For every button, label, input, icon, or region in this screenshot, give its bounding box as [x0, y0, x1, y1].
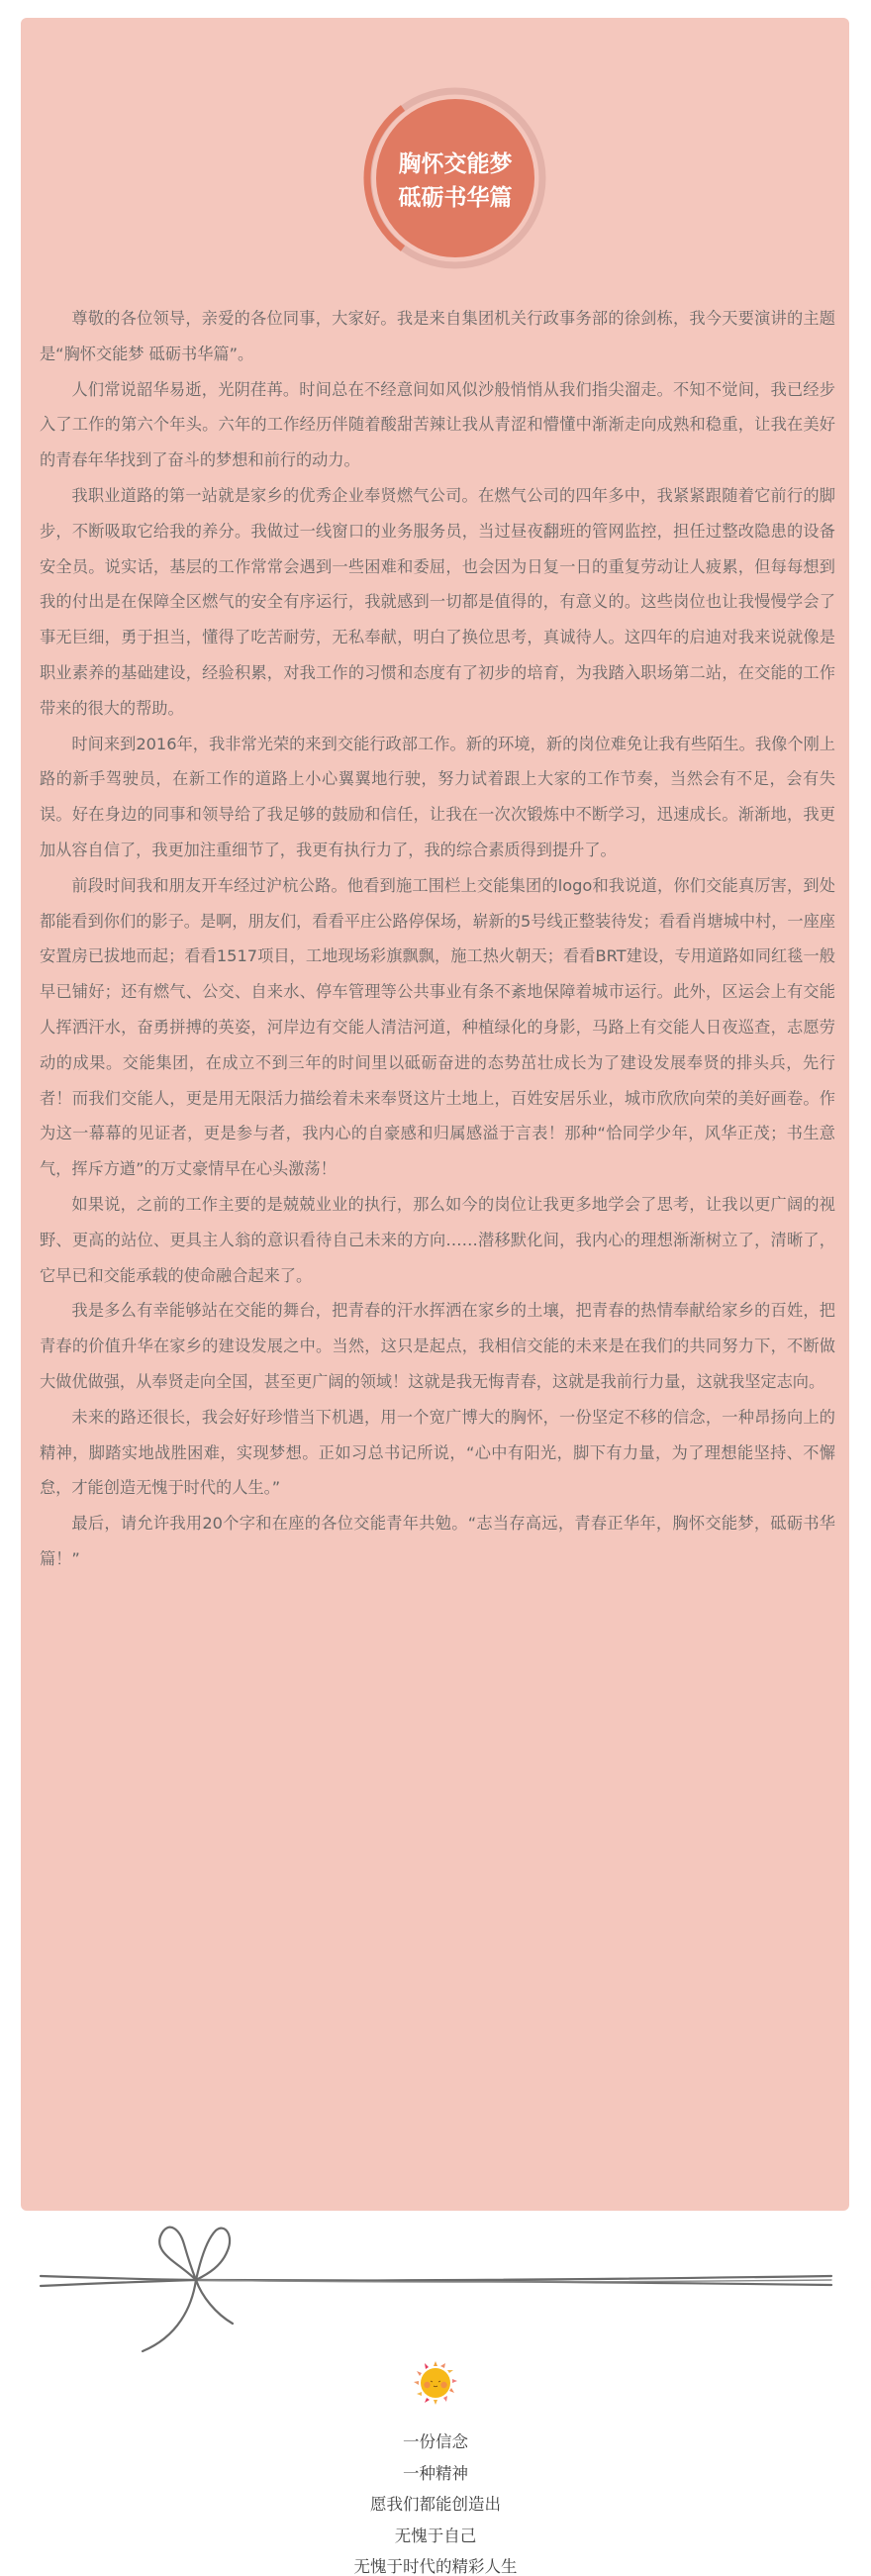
title-badge: 胸怀交能梦 砥砺书华篇 — [363, 86, 547, 270]
paragraph: 人们常说韶华易逝，光阴荏苒。时间总在不经意间如风似沙般悄悄从我们指尖溜走。不知不… — [40, 372, 835, 478]
closing-line: 一种精神 — [0, 2458, 871, 2490]
paragraph: 未来的路还很长，我会好好珍惜当下机遇，用一个宽广博大的胸怀，一份坚定不移的信念，… — [40, 1400, 835, 1506]
closing-line: 无愧于时代的精彩人生 — [0, 2551, 871, 2576]
title-line-1: 胸怀交能梦 — [363, 148, 547, 181]
paragraph: 时间来到2016年，我非常光荣的来到交能行政部工作。新的环境，新的岗位难免让我有… — [40, 727, 835, 868]
closing-line: 一份信念 — [0, 2427, 871, 2458]
speech-body: 尊敬的各位领导，亲爱的各位同事，大家好。我是来自集团机关行政事务部的徐剑栋，我今… — [40, 301, 835, 1577]
page-title: 胸怀交能梦 砥砺书华篇 — [363, 148, 547, 215]
paragraph: 如果说，之前的工作主要的是兢兢业业的执行，那么如今的岗位让我更多地学会了思考，让… — [40, 1187, 835, 1293]
paragraph: 我职业道路的第一站就是家乡的优秀企业奉贤燃气公司。在燃气公司的四年多中，我紧紧跟… — [40, 478, 835, 727]
closing-lines: 一份信念 一种精神 愿我们都能创造出 无愧于自己 无愧于时代的精彩人生 — [0, 2427, 871, 2576]
paragraph: 最后，请允许我用20个字和在座的各位交能青年共勉。“志当存高远，青春正华年，胸怀… — [40, 1506, 835, 1577]
closing-line: 无愧于自己 — [0, 2521, 871, 2552]
paragraph: 我是多么有幸能够站在交能的舞台，把青春的汗水挥洒在家乡的土壤，把青春的热情奉献给… — [40, 1293, 835, 1399]
paragraph: 前段时间我和朋友开车经过沪杭公路。他看到施工围栏上交能集团的logo和我说道，你… — [40, 868, 835, 1187]
closing-line: 愿我们都能创造出 — [0, 2489, 871, 2521]
sun-emoji-icon — [414, 2361, 457, 2409]
paragraph: 尊敬的各位领导，亲爱的各位同事，大家好。我是来自集团机关行政事务部的徐剑栋，我今… — [40, 301, 835, 372]
title-line-2: 砥砺书华篇 — [363, 181, 547, 215]
bow-ribbon-icon — [30, 2223, 841, 2365]
